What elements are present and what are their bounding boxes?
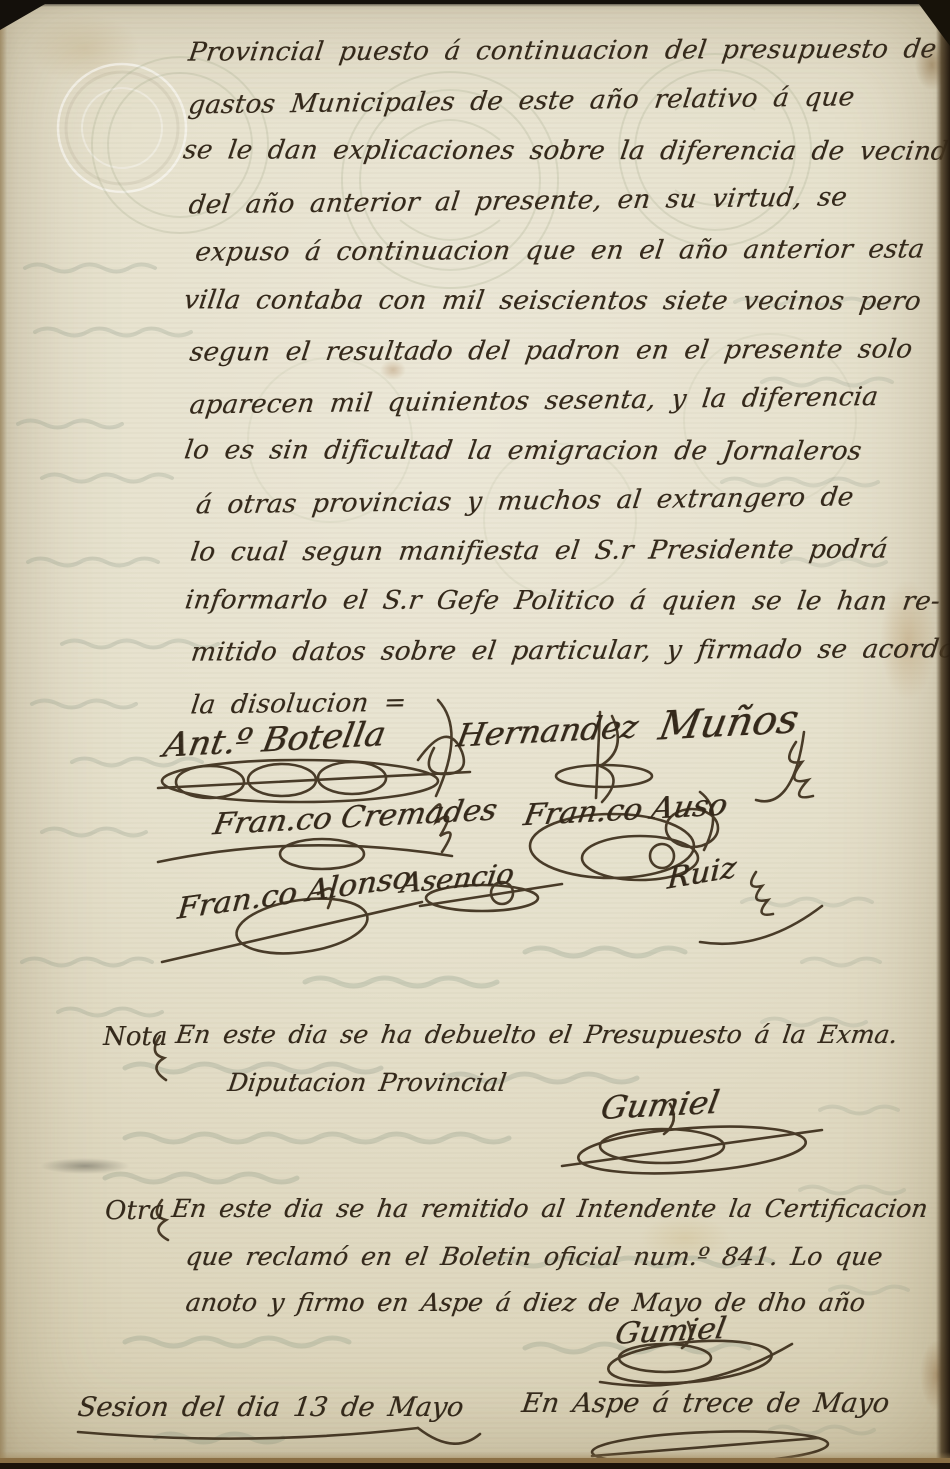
signature-ruiz: Ruiz — [666, 850, 737, 896]
manuscript-line: informarlo el S.r Gefe Politico á quien … — [182, 575, 924, 626]
otra-line: En este dia se ha remitido al Intendente… — [170, 1194, 930, 1223]
manuscript-line: gastos Municipales de este año relativo … — [185, 72, 922, 131]
otra-line: anoto y firmo en Aspe á diez de Mayo de … — [184, 1288, 867, 1317]
paper-stain — [920, 1340, 950, 1410]
manuscript-line: lo es sin dificultad la emigracion de Jo… — [181, 425, 923, 476]
session-heading: Sesion del dia 13 de Mayo — [76, 1392, 466, 1423]
signature-alonso: Fran.co Alonso — [176, 860, 413, 926]
manuscript-line: se le dan explicaciones sobre la diferen… — [180, 125, 922, 176]
signature-munoz: Muños — [655, 696, 802, 749]
manuscript-scan: Provincial puesto á continuacion del pre… — [0, 0, 950, 1469]
nota-line: En este dia se ha debuelto el Presupuest… — [174, 1020, 900, 1049]
paper-sheet: Provincial puesto á continuacion del pre… — [0, 0, 950, 1469]
manuscript-line: mitido datos sobre el particular, y firm… — [188, 624, 925, 677]
ink-smudge — [40, 1158, 130, 1174]
signature-auso: Fran.co Auso — [521, 788, 730, 833]
otra-label: Otra — [105, 1196, 165, 1226]
manuscript-body: Provincial puesto á continuacion del pre… — [188, 24, 921, 727]
signature-gumiel-otra: Gumiel — [612, 1311, 728, 1352]
manuscript-line: Provincial puesto á continuacion del pre… — [185, 24, 922, 77]
signature-gumiel-nota: Gumiel — [598, 1083, 722, 1127]
manuscript-line: del año anterior al presente, en su virt… — [186, 172, 923, 231]
manuscript-line: aparecen mil quinientos sesenta, y la di… — [187, 372, 924, 431]
manuscript-line: á otras provincias y muchos al extranger… — [193, 472, 924, 531]
manuscript-line: segun el resultado del padron en el pres… — [186, 324, 923, 377]
manuscript-line: villa contaba con mil seiscientos siete … — [180, 275, 922, 326]
nota-line: Diputacion Provincial — [226, 1068, 508, 1097]
footer-flourishes — [78, 1428, 828, 1468]
embossed-seal — [58, 64, 186, 192]
otra-line: que reclamó en el Boletin oficial num.º … — [184, 1242, 884, 1271]
nota-label: Nota — [103, 1022, 167, 1052]
signature-asencio: Asencio — [399, 857, 516, 900]
manuscript-line: lo cual segun manifiesta el S.r Presiden… — [187, 524, 924, 577]
signature-cremades: Fran.co Cremades — [210, 793, 499, 843]
manuscript-line: expuso á continuacion que en el año ante… — [192, 224, 923, 277]
paper-stain — [30, 14, 140, 84]
session-dateline: En Aspe á trece de Mayo — [520, 1388, 891, 1419]
